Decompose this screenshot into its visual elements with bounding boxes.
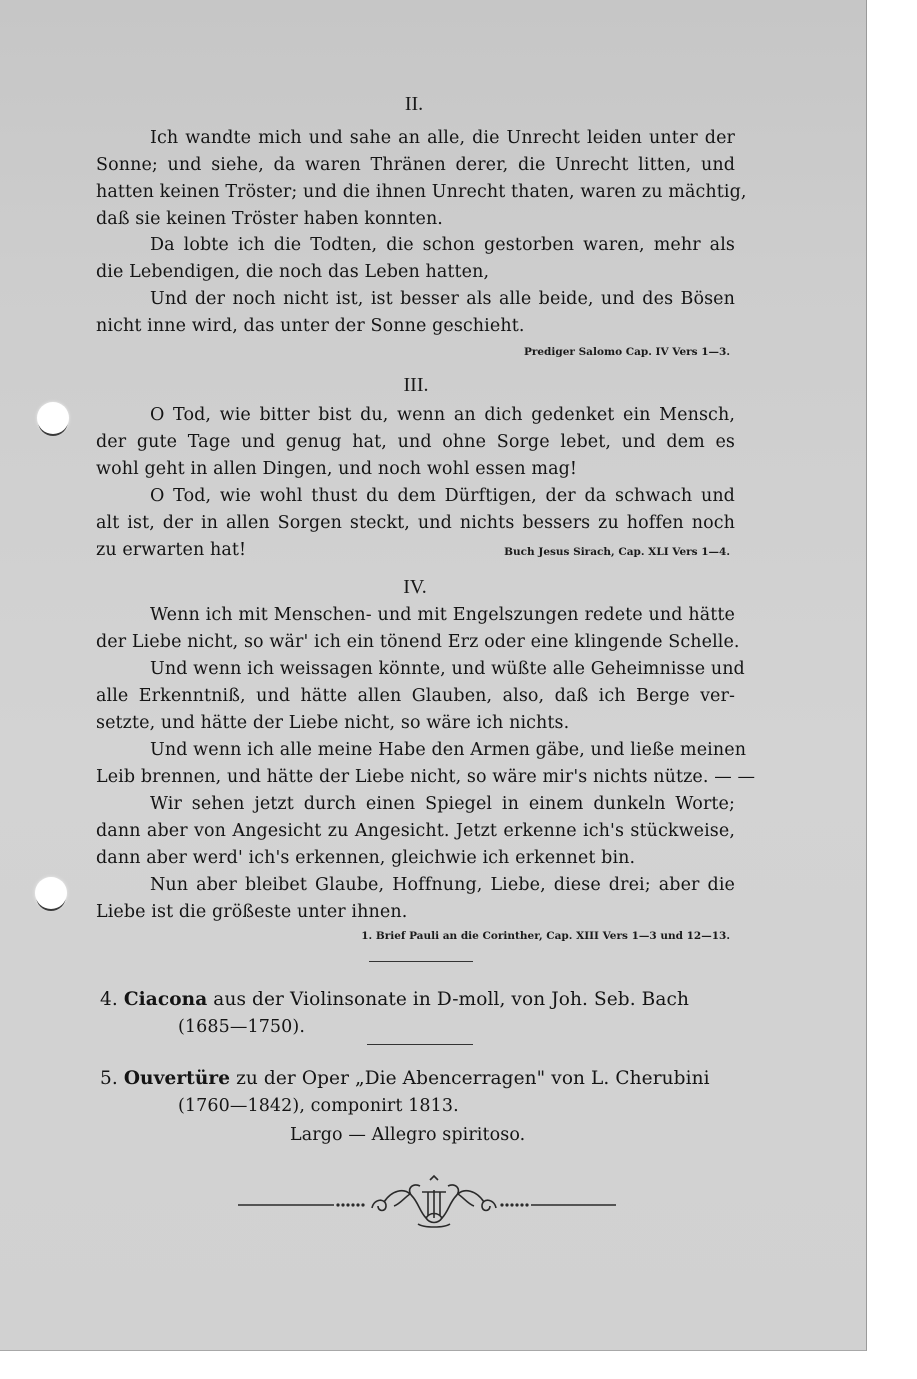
- punch-hole: [35, 877, 67, 909]
- text-line: Ich wandte mich und sahe an alle, die Un…: [150, 125, 735, 152]
- text-line: alt ist, der in allen Sorgen steckt, und…: [96, 510, 735, 537]
- text-line: der gute Tage und genug hat, und ohne So…: [96, 429, 735, 456]
- text-line: Und wenn ich alle meine Habe den Armen g…: [150, 737, 735, 764]
- text-line: Nun aber bleibet Glaube, Hoffnung, Liebe…: [150, 872, 735, 899]
- citation: 1. Brief Pauli an die Corinther, Cap. XI…: [300, 930, 730, 942]
- text-line: Und wenn ich weissagen könnte, und wüßte…: [150, 656, 735, 683]
- program-title: Ciacona: [124, 989, 207, 1010]
- section-divider: [369, 961, 473, 962]
- document-page: II. Ich wandte mich und sahe an alle, di…: [0, 0, 867, 1351]
- section-numeral: IV.: [385, 576, 445, 599]
- text-line: dann aber werd' ich's erkennen, gleichwi…: [96, 845, 635, 872]
- program-description: zu der Oper „Die Abencerragen" von L. Ch…: [230, 1068, 710, 1089]
- program-dates: (1685—1750).: [178, 1014, 305, 1041]
- program-number: 5.: [100, 1068, 118, 1089]
- text-line: daß sie keinen Tröster haben konnten.: [96, 206, 443, 233]
- text-line: Und der noch nicht ist, ist besser als a…: [150, 286, 735, 313]
- program-divider: [367, 1044, 473, 1045]
- text-line: dann aber von Angesicht zu Angesicht. Je…: [96, 818, 735, 845]
- text-line: setzte, und hätte der Liebe nicht, so wä…: [96, 710, 569, 737]
- lyre-ornament-icon: [234, 1172, 634, 1232]
- citation: Prediger Salomo Cap. IV Vers 1—3.: [440, 346, 730, 358]
- citation: Buch Jesus Sirach, Cap. XLI Vers 1—4.: [420, 546, 730, 558]
- text-line: zu erwarten hat!: [96, 537, 246, 564]
- program-dates: (1760—1842), componirt 1813.: [178, 1093, 459, 1120]
- text-line: Leib brennen, und hätte der Liebe nicht,…: [96, 764, 735, 791]
- program-item-5: 5. Ouvertüre zu der Oper „Die Abencerrag…: [100, 1065, 710, 1092]
- text-line: O Tod, wie bitter bist du, wenn an dich …: [150, 402, 735, 429]
- section-numeral: II.: [384, 93, 444, 116]
- text-line: O Tod, wie wohl thust du dem Dürftigen, …: [150, 483, 735, 510]
- program-number: 4.: [100, 989, 118, 1010]
- text-line: Liebe ist die größeste unter ihnen.: [96, 899, 407, 926]
- text-line: der Liebe nicht, so wär' ich ein tönend …: [96, 629, 735, 656]
- text-line: Da lobte ich die Todten, die schon gesto…: [150, 232, 735, 259]
- program-tempo: Largo — Allegro spiritoso.: [290, 1122, 525, 1149]
- text-line: Sonne; und siehe, da waren Thränen derer…: [96, 152, 735, 179]
- section-numeral: III.: [386, 374, 446, 397]
- text-line: die Lebendigen, die noch das Leben hatte…: [96, 259, 489, 286]
- text-line: Wenn ich mit Menschen- und mit Engelszun…: [150, 602, 735, 629]
- text-line: alle Erkenntniß, und hätte allen Glauben…: [96, 683, 735, 710]
- punch-hole: [37, 402, 69, 434]
- program-item-4: 4. Ciacona aus der Violinsonate in D-mol…: [100, 986, 689, 1013]
- program-title: Ouvertüre: [124, 1068, 230, 1089]
- program-description: aus der Violinsonate in D-moll, von Joh.…: [207, 989, 689, 1010]
- text-line: wohl geht in allen Dingen, und noch wohl…: [96, 456, 577, 483]
- text-line: Wir sehen jetzt durch einen Spiegel in e…: [150, 791, 735, 818]
- text-line: hatten keinen Tröster; und die ihnen Unr…: [96, 179, 735, 206]
- text-line: nicht inne wird, das unter der Sonne ges…: [96, 313, 525, 340]
